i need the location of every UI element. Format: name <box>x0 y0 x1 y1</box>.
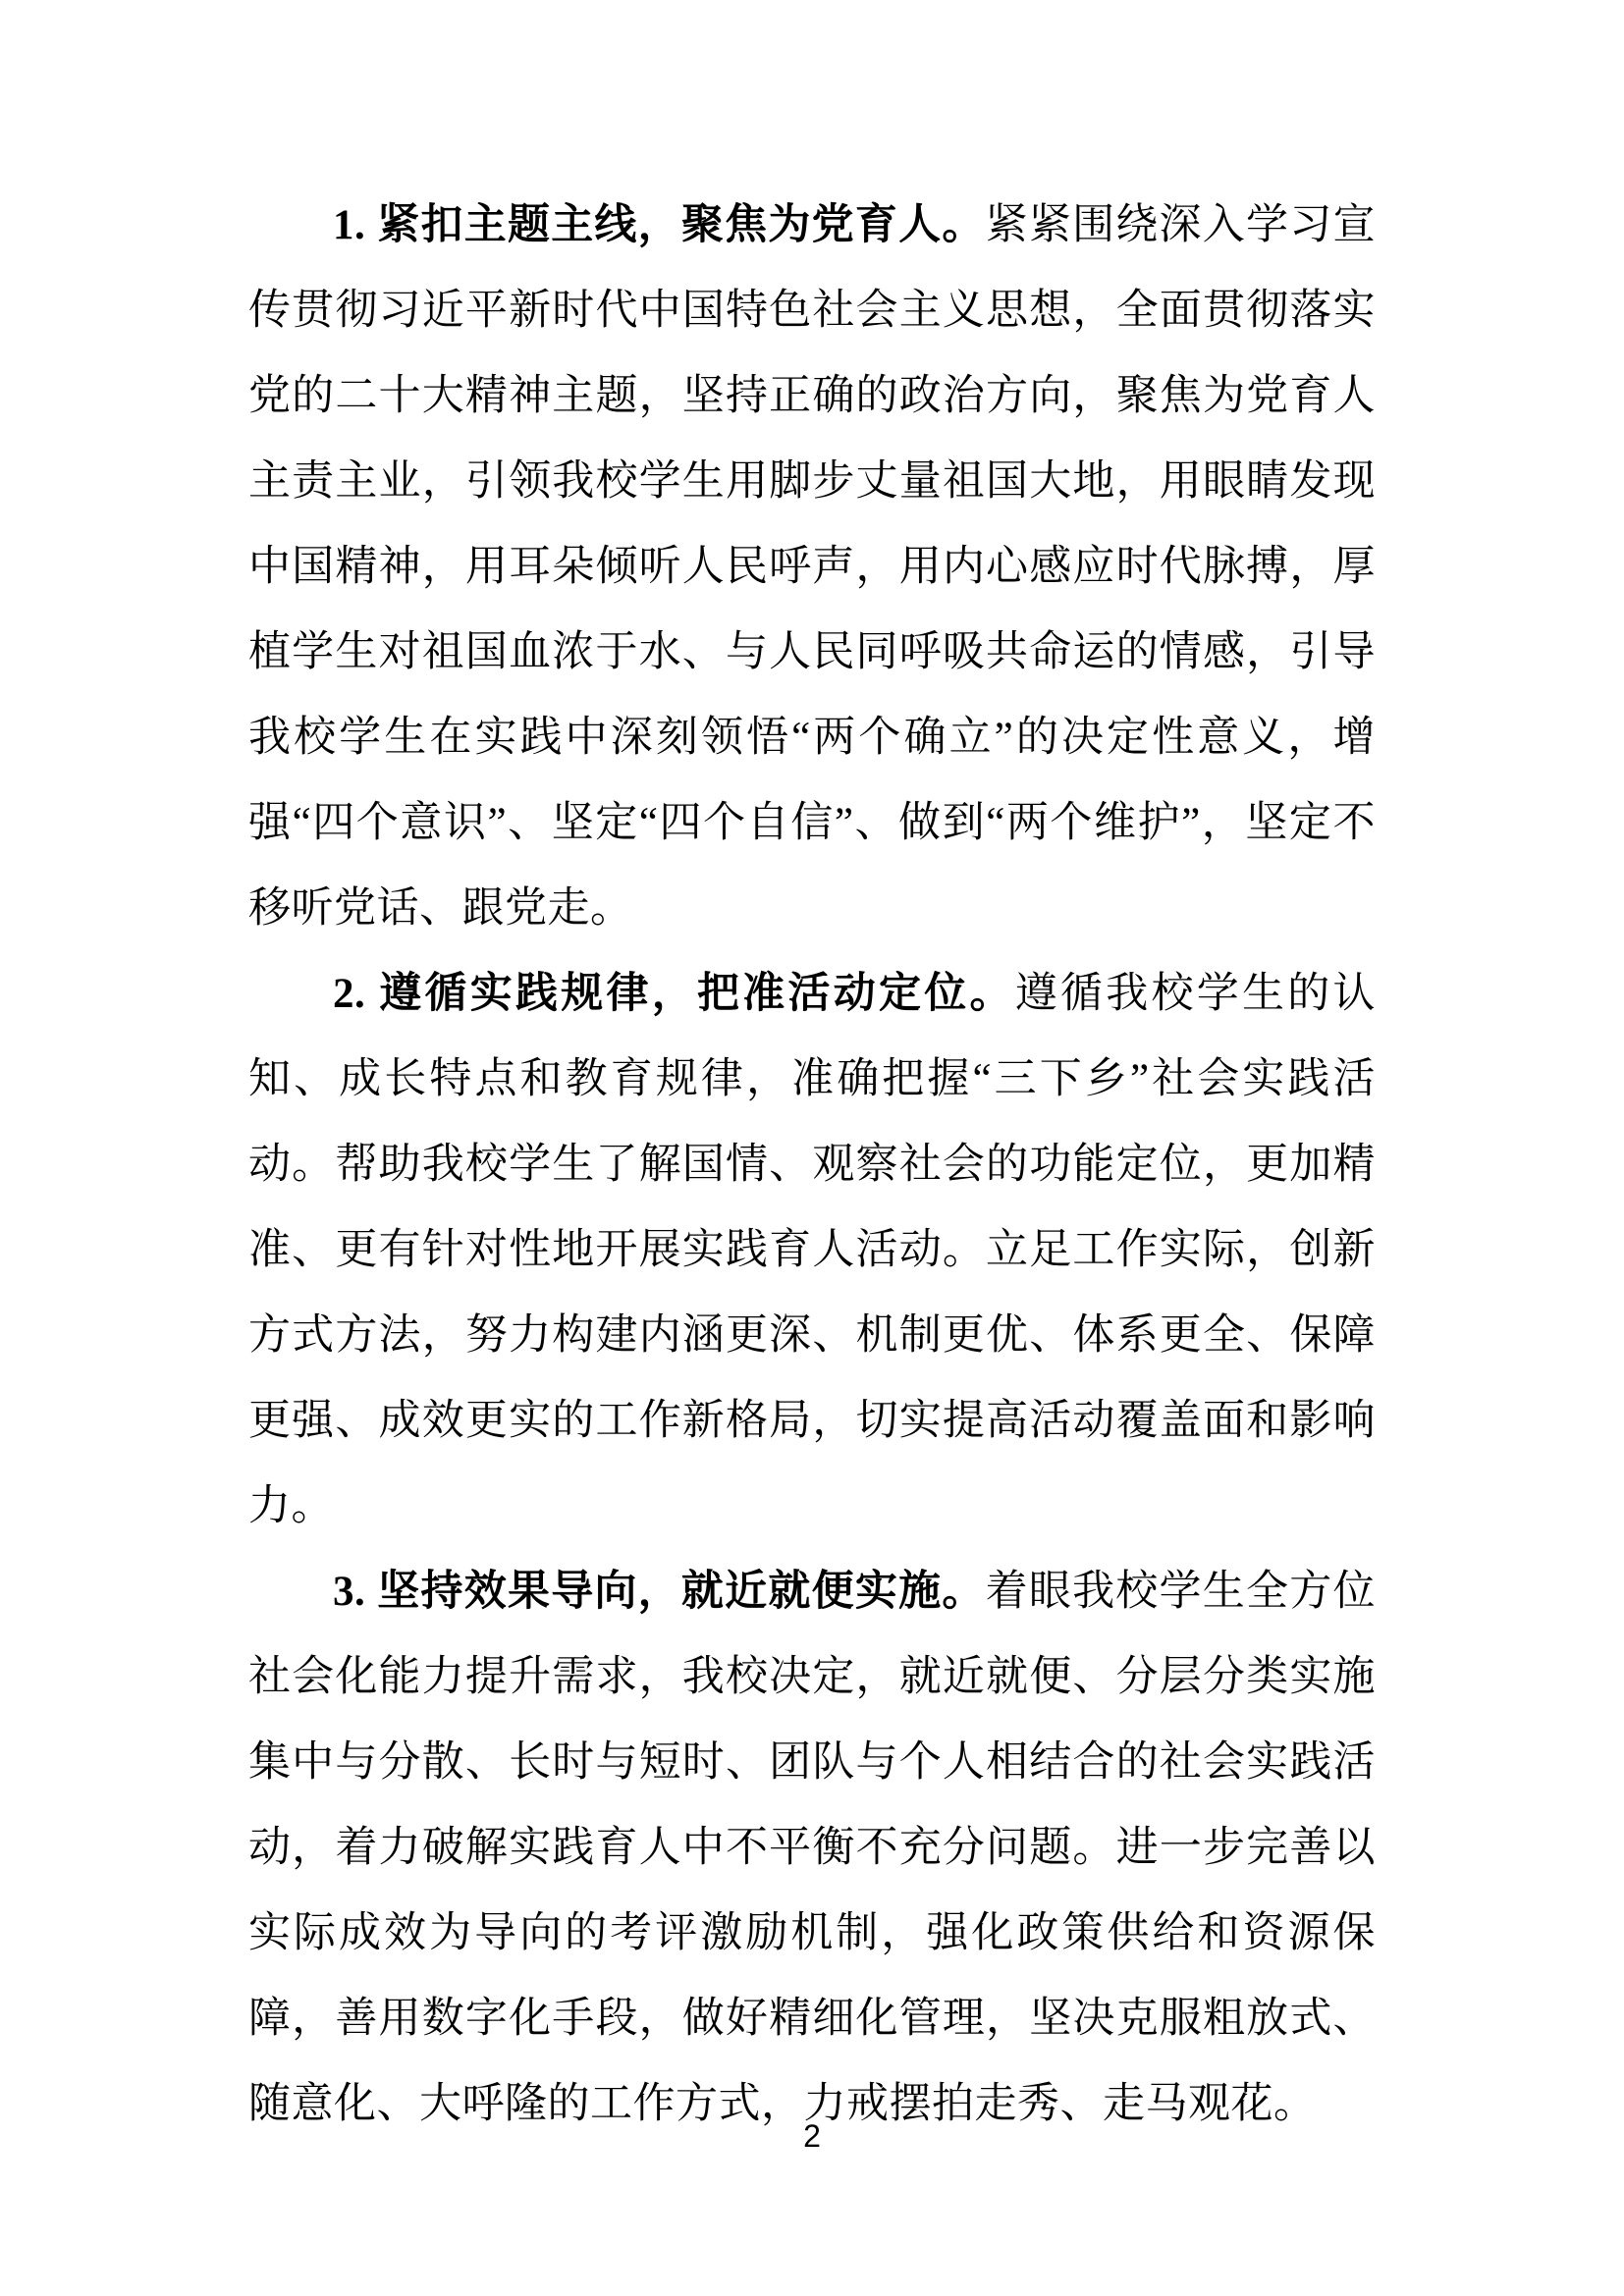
paragraph-1: 1. 紧扣主题主线，聚焦为党育人。紧紧围绕深入学习宣传贯彻习近平新时代中国特色社… <box>248 183 1376 951</box>
document-body: 1. 紧扣主题主线，聚焦为党育人。紧紧围绕深入学习宣传贯彻习近平新时代中国特色社… <box>248 183 1376 2147</box>
page-number: 2 <box>0 2118 1624 2154</box>
paragraph-1-body: 紧紧围绕深入学习宣传贯彻习近平新时代中国特色社会主义思想，全面贯彻落实党的二十大… <box>248 202 1376 932</box>
document-page: 1. 紧扣主题主线，聚焦为党育人。紧紧围绕深入学习宣传贯彻习近平新时代中国特色社… <box>0 0 1624 2296</box>
paragraph-2-lead: 2. 遵循实践规律，把准活动定位。 <box>333 971 1015 1017</box>
paragraph-3: 3. 坚持效果导向，就近就便实施。着眼我校学生全方位社会化能力提升需求，我校决定… <box>248 1549 1376 2147</box>
paragraph-3-body: 着眼我校学生全方位社会化能力提升需求，我校决定，就近就便、分层分类实施集中与分散… <box>248 1569 1376 2127</box>
paragraph-1-lead: 1. 紧扣主题主线，聚焦为党育人。 <box>333 202 986 248</box>
paragraph-2: 2. 遵循实践规律，把准活动定位。遵循我校学生的认知、成长特点和教育规律，准确把… <box>248 951 1376 1549</box>
paragraph-2-body: 遵循我校学生的认知、成长特点和教育规律，准确把握“三下乡”社会实践活动。帮助我校… <box>248 971 1376 1529</box>
paragraph-3-lead: 3. 坚持效果导向，就近就便实施。 <box>333 1569 986 1615</box>
